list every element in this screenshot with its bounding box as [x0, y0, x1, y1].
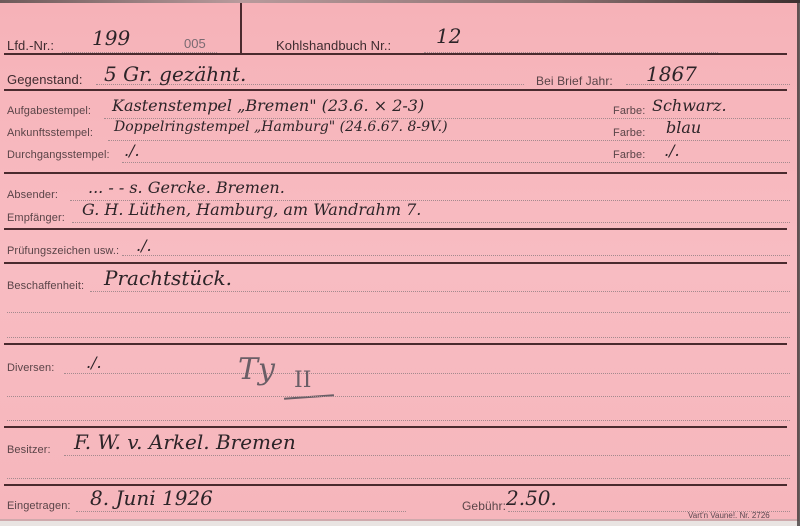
empfaenger-label: Empfänger:: [7, 212, 65, 224]
empfaenger-value: G. H. Lüthen, Hamburg, am Wandrahm 7.: [82, 200, 421, 219]
diversen-value: ./.: [86, 353, 102, 372]
durchgangsstempel-farbe-value: ./.: [664, 141, 680, 160]
gegenstand-label: Gegenstand:: [7, 72, 83, 87]
absender-value: ... - - s. Gercke. Bremen.: [88, 178, 285, 197]
rule-1: [4, 53, 787, 55]
gebuehr-value: 2.50.: [506, 486, 557, 510]
diversen-label: Diversen:: [7, 362, 54, 374]
beschaffenheit-dotline-2: [7, 312, 790, 313]
diversen-note: Ty: [238, 352, 275, 387]
beschaffenheit-dotline-1: [90, 291, 790, 292]
kohlshandbuch-label: Kohlshandbuch Nr.:: [276, 38, 391, 53]
diversen-dotline-3: [7, 420, 790, 421]
empfaenger-dotline: [72, 222, 790, 223]
durchgangsstempel-dotline: [122, 162, 790, 163]
rule-3: [4, 172, 787, 174]
pruefungszeichen-label: Prüfungszeichen usw.:: [7, 245, 119, 257]
gegenstand-value: 5 Gr. gezähnt.: [104, 62, 246, 86]
aufgabestempel-farbe-value: Schwarz.: [652, 96, 727, 115]
diversen-note-roman: II: [294, 368, 311, 393]
durchgangsstempel-value: ./.: [124, 141, 140, 160]
pruefungszeichen-value: ./.: [136, 236, 152, 255]
rule-5: [4, 262, 787, 264]
pruefungszeichen-dotline: [122, 255, 790, 256]
absender-label: Absender:: [7, 189, 58, 201]
index-card: Lfd.-Nr.: 199 005 Kohlshandbuch Nr.: 12 …: [0, 0, 799, 521]
ankunftsstempel-farbe-value: blau: [666, 118, 701, 137]
bei-brief-jahr-label: Bei Brief Jahr:: [536, 74, 613, 88]
lfd-nr-value: 199: [92, 26, 130, 50]
lfd-nr-label: Lfd.-Nr.:: [7, 38, 54, 53]
eingetragen-dotline: [76, 511, 406, 512]
gebuehr-label: Gebühr:: [462, 499, 506, 513]
diversen-dotline-2: [7, 396, 790, 397]
besitzer-label: Besitzer:: [7, 444, 51, 456]
aufgabestempel-farbe-label: Farbe:: [613, 105, 645, 117]
beschaffenheit-label: Beschaffenheit:: [7, 280, 84, 292]
aufgabestempel-label: Aufgabestempel:: [7, 105, 91, 117]
rule-6: [4, 343, 787, 345]
rule-7: [4, 426, 787, 428]
rule-4: [4, 228, 787, 230]
diversen-dotline-1: [64, 373, 790, 374]
eingetragen-value: 8. Juni 1926: [90, 486, 213, 510]
rule-2: [4, 89, 787, 91]
eingetragen-label: Eingetragen:: [7, 500, 71, 512]
lfd-nr-extra: 005: [184, 36, 206, 51]
beschaffenheit-dotline-3: [7, 337, 790, 338]
durchgangsstempel-label: Durchgangsstempel:: [7, 149, 110, 161]
beschaffenheit-value: Prachtstück.: [104, 266, 232, 290]
ankunftsstempel-label: Ankunftsstempel:: [7, 127, 93, 139]
header-divider: [240, 0, 242, 53]
kohlshandbuch-value: 12: [436, 24, 461, 48]
durchgangsstempel-farbe-label: Farbe:: [613, 149, 645, 161]
printer-imprint: Vart'n Vaune!. Nr. 2726: [688, 511, 770, 520]
top-edge-shadow: [0, 0, 800, 3]
aufgabestempel-value: Kastenstempel „Bremen" (23.6. × 2-3): [112, 96, 424, 115]
bei-brief-jahr-value: 1867: [646, 62, 697, 86]
besitzer-value: F. W. v. Arkel. Bremen: [74, 430, 296, 454]
besitzer-dotline-1: [64, 455, 790, 456]
ankunftsstempel-dotline: [108, 140, 790, 141]
besitzer-dotline-2: [7, 478, 790, 479]
ankunftsstempel-farbe-label: Farbe:: [613, 127, 645, 139]
ankunftsstempel-value: Doppelringstempel „Hamburg" (24.6.67. 8-…: [114, 119, 448, 135]
